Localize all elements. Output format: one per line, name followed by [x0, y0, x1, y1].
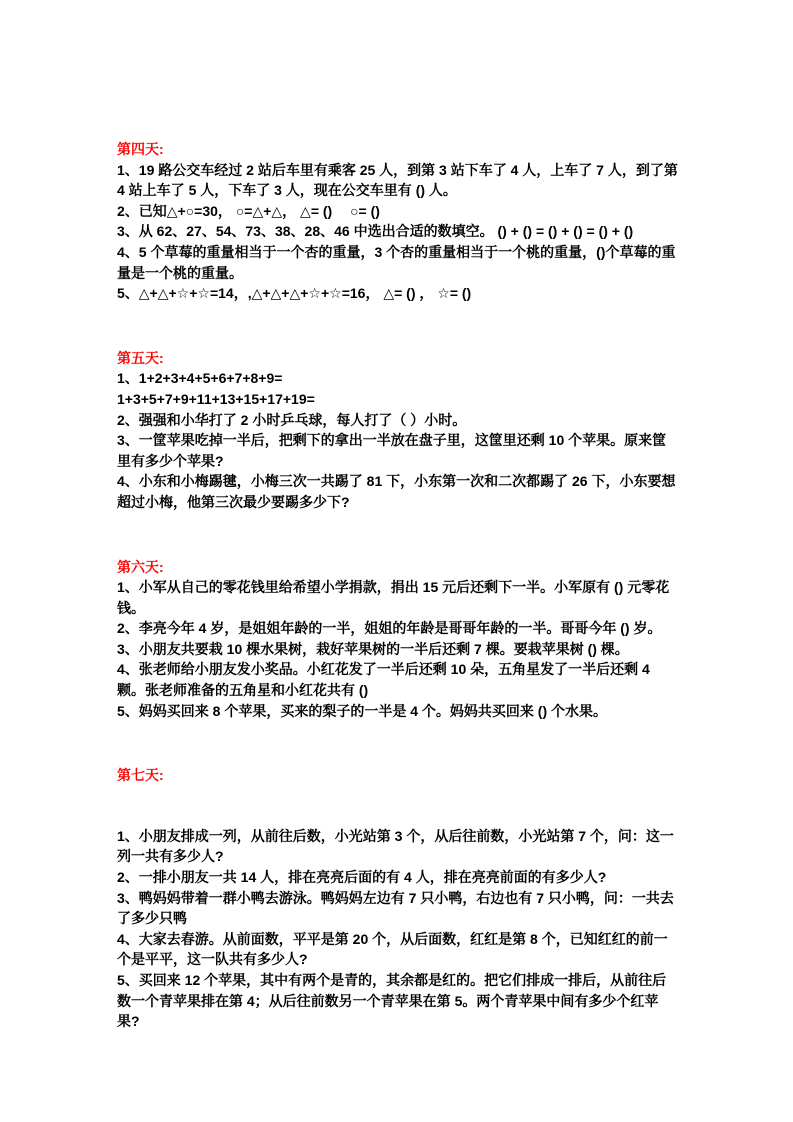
day7-problem-1: 1、小朋友排成一列，从前往后数，小光站第 3 个，从后往前数，小光站第 7 个，…	[117, 826, 679, 867]
day4-problem-4: 4、5 个草莓的重量相当于一个杏的重量，3 个杏的重量相当于一个桃的重量，()个…	[117, 242, 679, 283]
section-day7-title: 第七天:	[117, 765, 679, 786]
section-day6: 第六天: 1、小军从自己的零花钱里给希望小学捐款，捐出 15 元后还剩下一半。小…	[117, 557, 679, 722]
section-day5: 第五天: 1、1+2+3+4+5+6+7+8+9= 1+3+5+7+9+11+1…	[117, 348, 679, 513]
day7-problem-3: 3、鸭妈妈带着一群小鸭去游泳。鸭妈妈左边有 7 只小鸭，右边也有 7 只小鸭，问…	[117, 888, 679, 929]
section-day4-title: 第四天:	[117, 139, 679, 160]
day5-problem-1b: 1+3+5+7+9+11+13+15+17+19=	[117, 389, 679, 410]
worksheet-page: 第四天: 1、19 路公交车经过 2 站后车里有乘客 25 人，到第 3 站下车…	[0, 0, 793, 1122]
day7-problem-4: 4、大家去春游。从前面数，平平是第 20 个，从后面数，红红是第 8 个，已知红…	[117, 929, 679, 970]
day5-problem-3: 3、一筐苹果吃掉一半后，把剩下的拿出一半放在盘子里，这筐里还剩 10 个苹果。原…	[117, 430, 679, 471]
day5-problem-2: 2、强强和小华打了 2 小时乒乓球，每人打了（ ）小时。	[117, 410, 679, 431]
day7-problem-5: 5、买回来 12 个苹果，其中有两个是青的，其余都是红的。把它们排成一排后，从前…	[117, 970, 679, 1032]
day6-problem-3: 3、小朋友共要栽 10 棵水果树，栽好苹果树的一半后还剩 7 棵。要栽苹果树 (…	[117, 639, 679, 660]
day5-problem-4: 4、小东和小梅踢毽，小梅三次一共踢了 81 下，小东第一次和二次都踢了 26 下…	[117, 471, 679, 512]
day6-problem-1: 1、小军从自己的零花钱里给希望小学捐款，捐出 15 元后还剩下一半。小军原有 (…	[117, 577, 679, 618]
day7-problem-2: 2、一排小朋友一共 14 人，排在亮亮后面的有 4 人，排在亮亮前面的有多少人?	[117, 867, 679, 888]
day4-problem-5: 5、△+△+☆+☆=14，,△+△+△+☆+☆=16， △= () ， ☆= (…	[117, 283, 679, 304]
section-day6-title: 第六天:	[117, 557, 679, 578]
section-day5-title: 第五天:	[117, 348, 679, 369]
section-day4: 第四天: 1、19 路公交车经过 2 站后车里有乘客 25 人，到第 3 站下车…	[117, 139, 679, 304]
day4-problem-2: 2、已知△+○=30， ○=△+△， △= () ○= ()	[117, 201, 679, 222]
day4-problem-3: 3、从 62、27、54、73、38、28、46 中选出合适的数填空。 () +…	[117, 221, 679, 242]
day6-problem-4: 4、张老师给小朋友发小奖品。小红花发了一半后还剩 10 朵，五角星发了一半后还剩…	[117, 659, 679, 700]
day4-problem-1: 1、19 路公交车经过 2 站后车里有乘客 25 人，到第 3 站下车了 4 人…	[117, 160, 679, 201]
day5-problem-1: 1、1+2+3+4+5+6+7+8+9=	[117, 368, 679, 389]
section-day7: 第七天: 1、小朋友排成一列，从前往后数，小光站第 3 个，从后往前数，小光站第…	[117, 765, 679, 1032]
day6-problem-2: 2、李亮今年 4 岁，是姐姐年龄的一半，姐姐的年龄是哥哥年龄的一半。哥哥今年 (…	[117, 618, 679, 639]
day6-problem-5: 5、妈妈买回来 8 个苹果，买来的梨子的一半是 4 个。妈妈共买回来 () 个水…	[117, 701, 679, 722]
worksheet-content: 第四天: 1、19 路公交车经过 2 站后车里有乘客 25 人，到第 3 站下车…	[117, 139, 679, 1032]
